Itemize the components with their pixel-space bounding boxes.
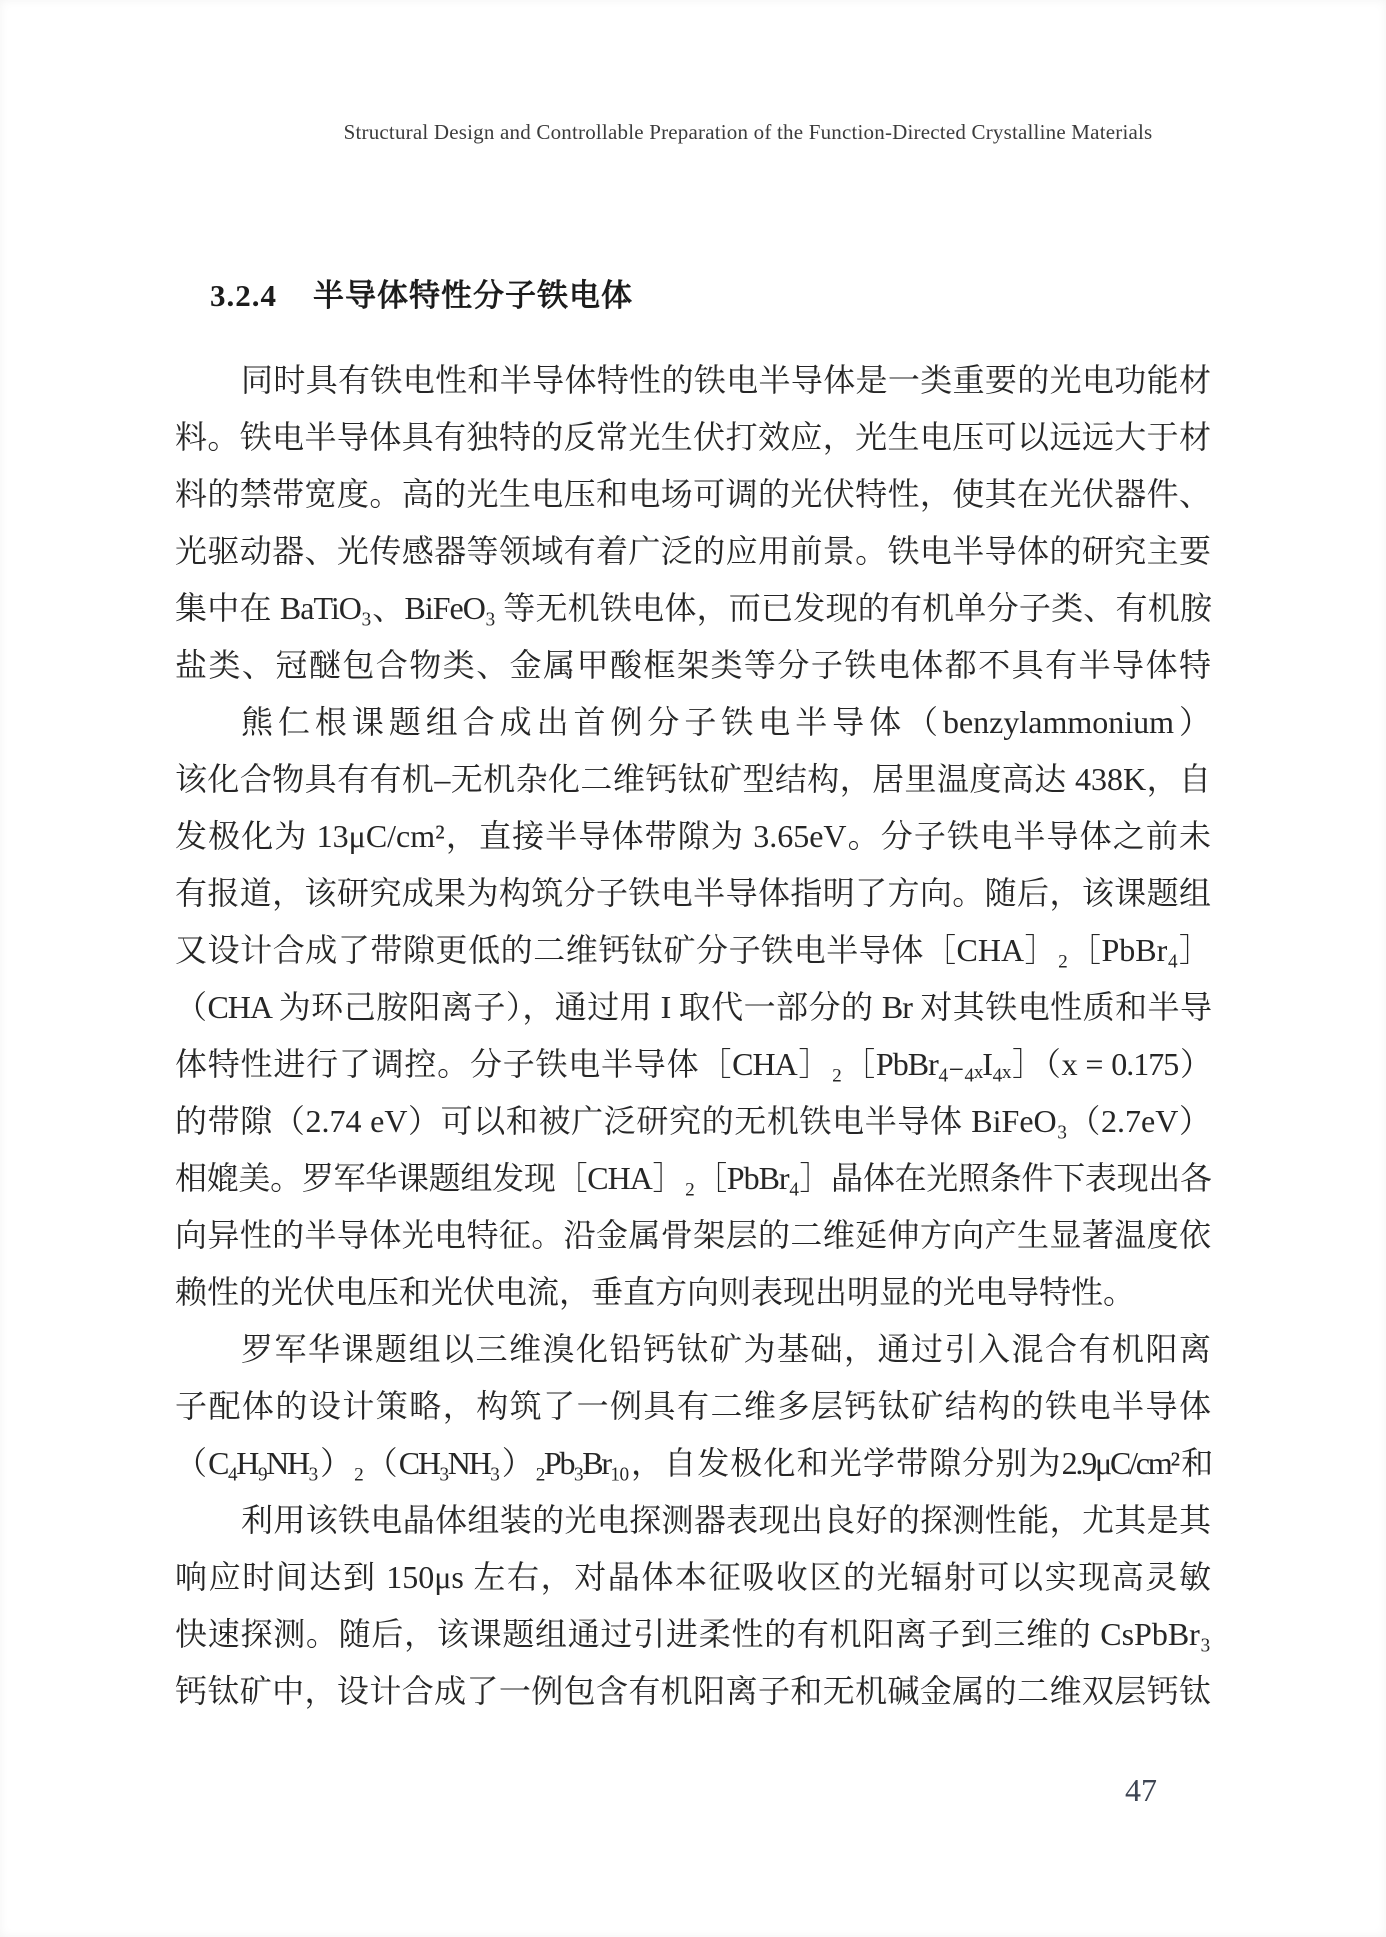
body-line: 相媲美。罗军华课题组发现［CHA］₂［PbBr₄］晶体在光照条件下表现出各 (175, 1150, 1211, 1207)
body-line: 有报道，该研究成果为构筑分子铁电半导体指明了方向。随后，该课题组 (175, 865, 1211, 922)
body-line: 体特性进行了调控。分子铁电半导体［CHA］₂［PbBr₄₋₄ₓI₄ₓ］（x = … (175, 1036, 1211, 1093)
body-line: 子配体的设计策略，构筑了一例具有二维多层钙钛矿结构的铁电半导体 (175, 1378, 1211, 1435)
section-number: 3.2.4 (210, 278, 277, 313)
body-line: 利用该铁电晶体组装的光电探测器表现出良好的探测性能，尤其是其 (175, 1492, 1211, 1549)
body-line: 向异性的半导体光电特征。沿金属骨架层的二维延伸方向产生显著温度依 (175, 1207, 1211, 1264)
page-number: 47 (1125, 1772, 1157, 1809)
body-line: 响应时间达到 150μs 左右，对晶体本征吸收区的光辐射可以实现高灵敏度、 (175, 1549, 1211, 1606)
body-line: 罗军华课题组以三维溴化铅钙钛矿为基础，通过引入混合有机阳离 (175, 1321, 1211, 1378)
body-line: 的带隙（2.74 eV）可以和被广泛研究的无机铁电半导体 BiFeO₃（2.7e… (175, 1093, 1211, 1150)
section-heading: 3.2.4半导体特性分子铁电体 (210, 270, 633, 315)
body-line: 料的禁带宽度。高的光生电压和电场可调的光伏特性，使其在光伏器件、 (175, 466, 1211, 523)
body-line: 发极化为 13μC/cm²，直接半导体带隙为 3.65eV。分子铁电半导体之前未 (175, 808, 1211, 865)
body-line: 又设计合成了带隙更低的二维钙钛矿分子铁电半导体［CHA］₂［PbBr₄］ (175, 922, 1211, 979)
section-title: 半导体特性分子铁电体 (313, 278, 633, 313)
running-header: Structural Design and Controllable Prepa… (175, 120, 1211, 145)
body-line: 同时具有铁电性和半导体特性的铁电半导体是一类重要的光电功能材 (175, 352, 1211, 409)
body-line: 料。铁电半导体具有独特的反常光生伏打效应，光生电压可以远远大于材 (175, 409, 1211, 466)
body-line: 钙钛矿中，设计合成了一例包含有机阳离子和无机碱金属的二维双层钙钛 (175, 1663, 1211, 1720)
body-line: （C₄H₉NH₃）₂（CH₃NH₃）₂Pb₃Br₁₀，自发极化和光学带隙分别为2… (175, 1435, 1211, 1492)
body-line: 该化合物具有有机–无机杂化二维钙钛矿型结构，居里温度高达 438K，自 (175, 751, 1211, 808)
body-line: 赖性的光伏电压和光伏电流，垂直方向则表现出明显的光电导特性。 (175, 1264, 1211, 1321)
body-line: 盐类、冠醚包合物类、金属甲酸框架类等分子铁电体都不具有半导体特性。 (175, 637, 1211, 694)
body-text: 同时具有铁电性和半导体特性的铁电半导体是一类重要的光电功能材 料。铁电半导体具有… (175, 352, 1211, 1720)
body-line: 集中在 BaTiO₃、BiFeO₃ 等无机铁电体，而已发现的有机单分子类、有机胺 (175, 580, 1211, 637)
body-line: 熊仁根课题组合成出首例分子铁电半导体（benzylammonium）₂PbCl₄… (175, 694, 1211, 751)
body-line: 光驱动器、光传感器等领域有着广泛的应用前景。铁电半导体的研究主要 (175, 523, 1211, 580)
body-line: 快速探测。随后，该课题组通过引进柔性的有机阳离子到三维的 CsPbBr₃ (175, 1606, 1211, 1663)
document-page: Structural Design and Controllable Prepa… (0, 0, 1386, 1937)
body-line: （CHA 为环己胺阳离子），通过用 I 取代一部分的 Br 对其铁电性质和半导 (175, 979, 1211, 1036)
